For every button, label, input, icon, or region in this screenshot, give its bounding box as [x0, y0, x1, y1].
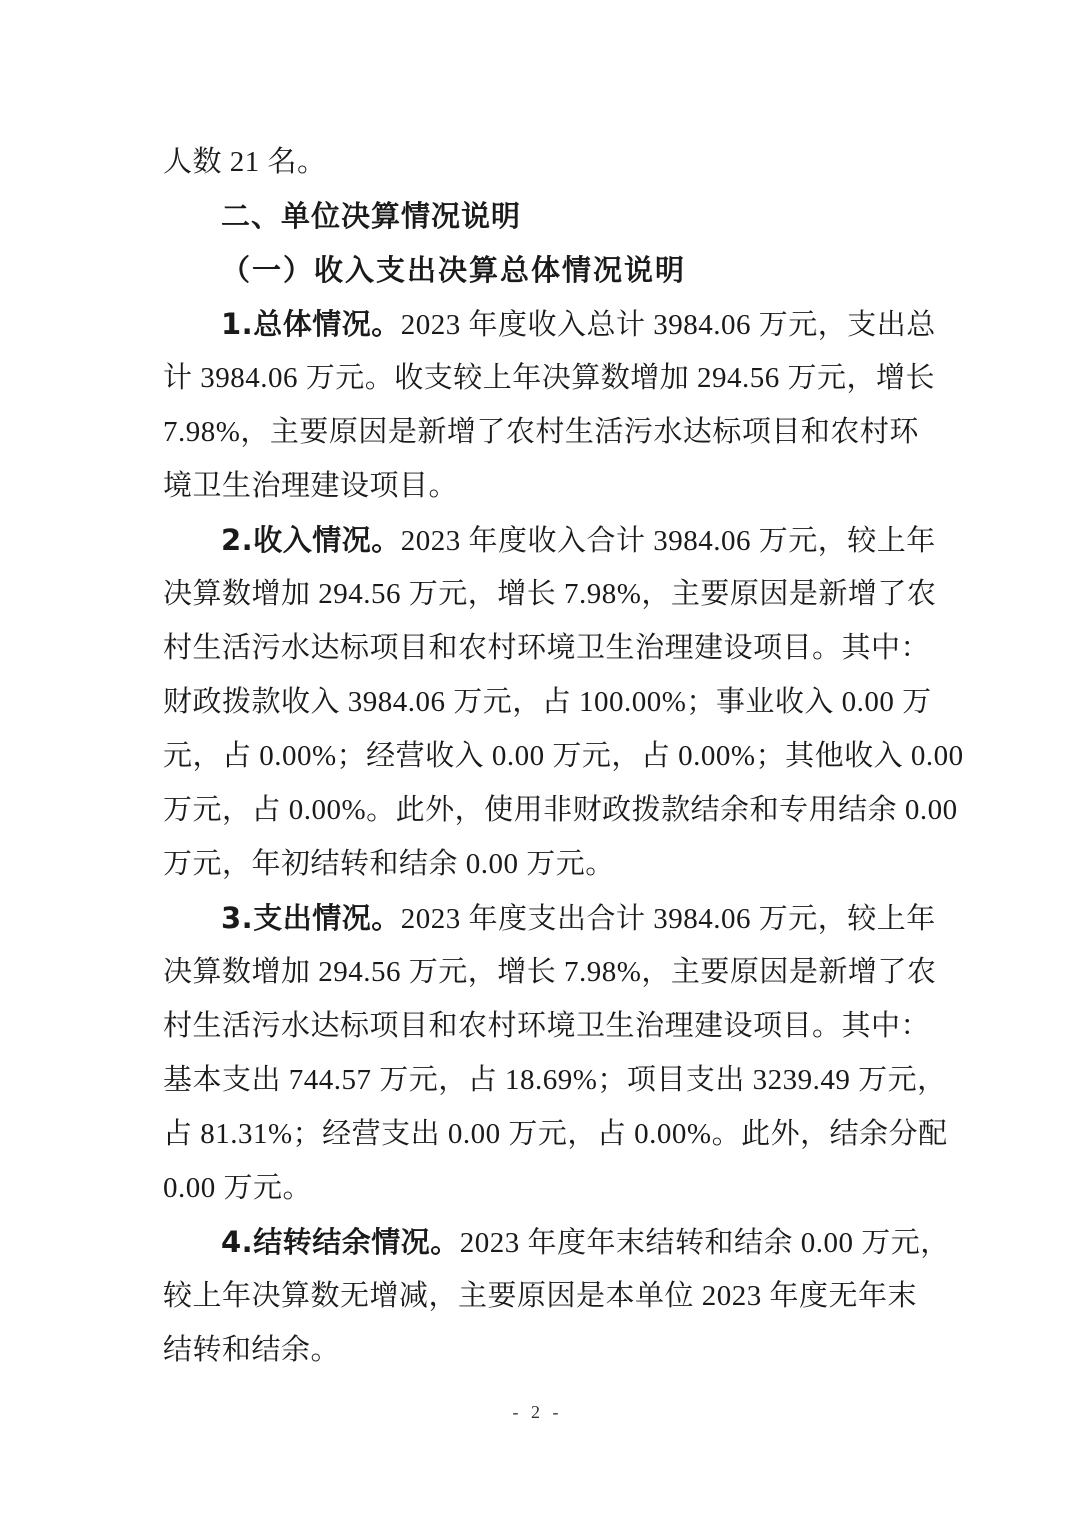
paragraph-line: 元，占 0.00%；经营收入 0.00 万元，占 0.00%；其他收入 0.00 — [163, 729, 913, 783]
paragraph-line: 决算数增加 294.56 万元，增长 7.98%，主要原因是新增了农 — [163, 945, 913, 999]
paragraph-line: 万元，占 0.00%。此外，使用非财政拨款结余和专用结余 0.00 — [163, 783, 913, 837]
paragraph-line: 决算数增加 294.56 万元，增长 7.98%，主要原因是新增了农 — [163, 567, 913, 621]
paragraph-line: 较上年决算数无增减，主要原因是本单位 2023 年度无年末 — [163, 1269, 913, 1323]
paragraph-text: 2023 年度支出合计 3984.06 万元，较上年 — [401, 903, 936, 935]
paragraph-line: 1.总体情况。2023 年度收入总计 3984.06 万元，支出总 — [163, 297, 913, 351]
paragraph-line: 基本支出 744.57 万元，占 18.69%；项目支出 3239.49 万元， — [163, 1053, 913, 1107]
section-heading: 二、单位决算情况说明 — [163, 189, 913, 243]
paragraph-text: 2023 年度收入合计 3984.06 万元，较上年 — [401, 525, 936, 557]
paragraph-text: 2023 年度年末结转和结余 0.00 万元， — [460, 1227, 950, 1259]
paragraph-carryover: 4.结转结余情况。2023 年度年末结转和结余 0.00 万元， 较上年决算数无… — [163, 1215, 913, 1377]
paragraph-line: 2.收入情况。2023 年度收入合计 3984.06 万元，较上年 — [163, 513, 913, 567]
paragraph-line: 4.结转结余情况。2023 年度年末结转和结余 0.00 万元， — [163, 1215, 913, 1269]
paragraph-expenditure: 3.支出情况。2023 年度支出合计 3984.06 万元，较上年 决算数增加 … — [163, 891, 913, 1215]
paragraph-line: 财政拨款收入 3984.06 万元，占 100.00%；事业收入 0.00 万 — [163, 675, 913, 729]
paragraph-line: 村生活污水达标项目和农村环境卫生治理建设项目。其中： — [163, 621, 913, 675]
paragraph-lead: 2.收入情况。 — [221, 523, 401, 557]
paragraph-income: 2.收入情况。2023 年度收入合计 3984.06 万元，较上年 决算数增加 … — [163, 513, 913, 891]
paragraph-lead: 4.结转结余情况。 — [221, 1225, 460, 1259]
paragraph-line: 万元，年初结转和结余 0.00 万元。 — [163, 837, 913, 891]
subsection-heading: （一）收入支出决算总体情况说明 — [163, 243, 913, 297]
paragraph-text: 2023 年度收入总计 3984.06 万元，支出总 — [401, 309, 936, 341]
paragraph-line: 3.支出情况。2023 年度支出合计 3984.06 万元，较上年 — [163, 891, 913, 945]
paragraph-line: 结转和结余。 — [163, 1323, 913, 1377]
page-number: - 2 - — [0, 1402, 1075, 1423]
paragraph-lead: 1.总体情况。 — [221, 307, 401, 341]
paragraph-line: 村生活污水达标项目和农村环境卫生治理建设项目。其中： — [163, 999, 913, 1053]
paragraph-line: 计 3984.06 万元。收支较上年决算数增加 294.56 万元，增长 — [163, 351, 913, 405]
carryover-line: 人数 21 名。 — [163, 135, 913, 189]
paragraph-lead: 3.支出情况。 — [221, 901, 401, 935]
paragraph-line: 7.98%，主要原因是新增了农村生活污水达标项目和农村环 — [163, 405, 913, 459]
paragraph-overall: 1.总体情况。2023 年度收入总计 3984.06 万元，支出总 计 3984… — [163, 297, 913, 513]
paragraph-line: 占 81.31%；经营支出 0.00 万元，占 0.00%。此外，结余分配 — [163, 1107, 913, 1161]
paragraph-line: 0.00 万元。 — [163, 1161, 913, 1215]
document-page: 人数 21 名。 二、单位决算情况说明 （一）收入支出决算总体情况说明 1.总体… — [163, 135, 913, 1377]
paragraph-line: 境卫生治理建设项目。 — [163, 459, 913, 513]
